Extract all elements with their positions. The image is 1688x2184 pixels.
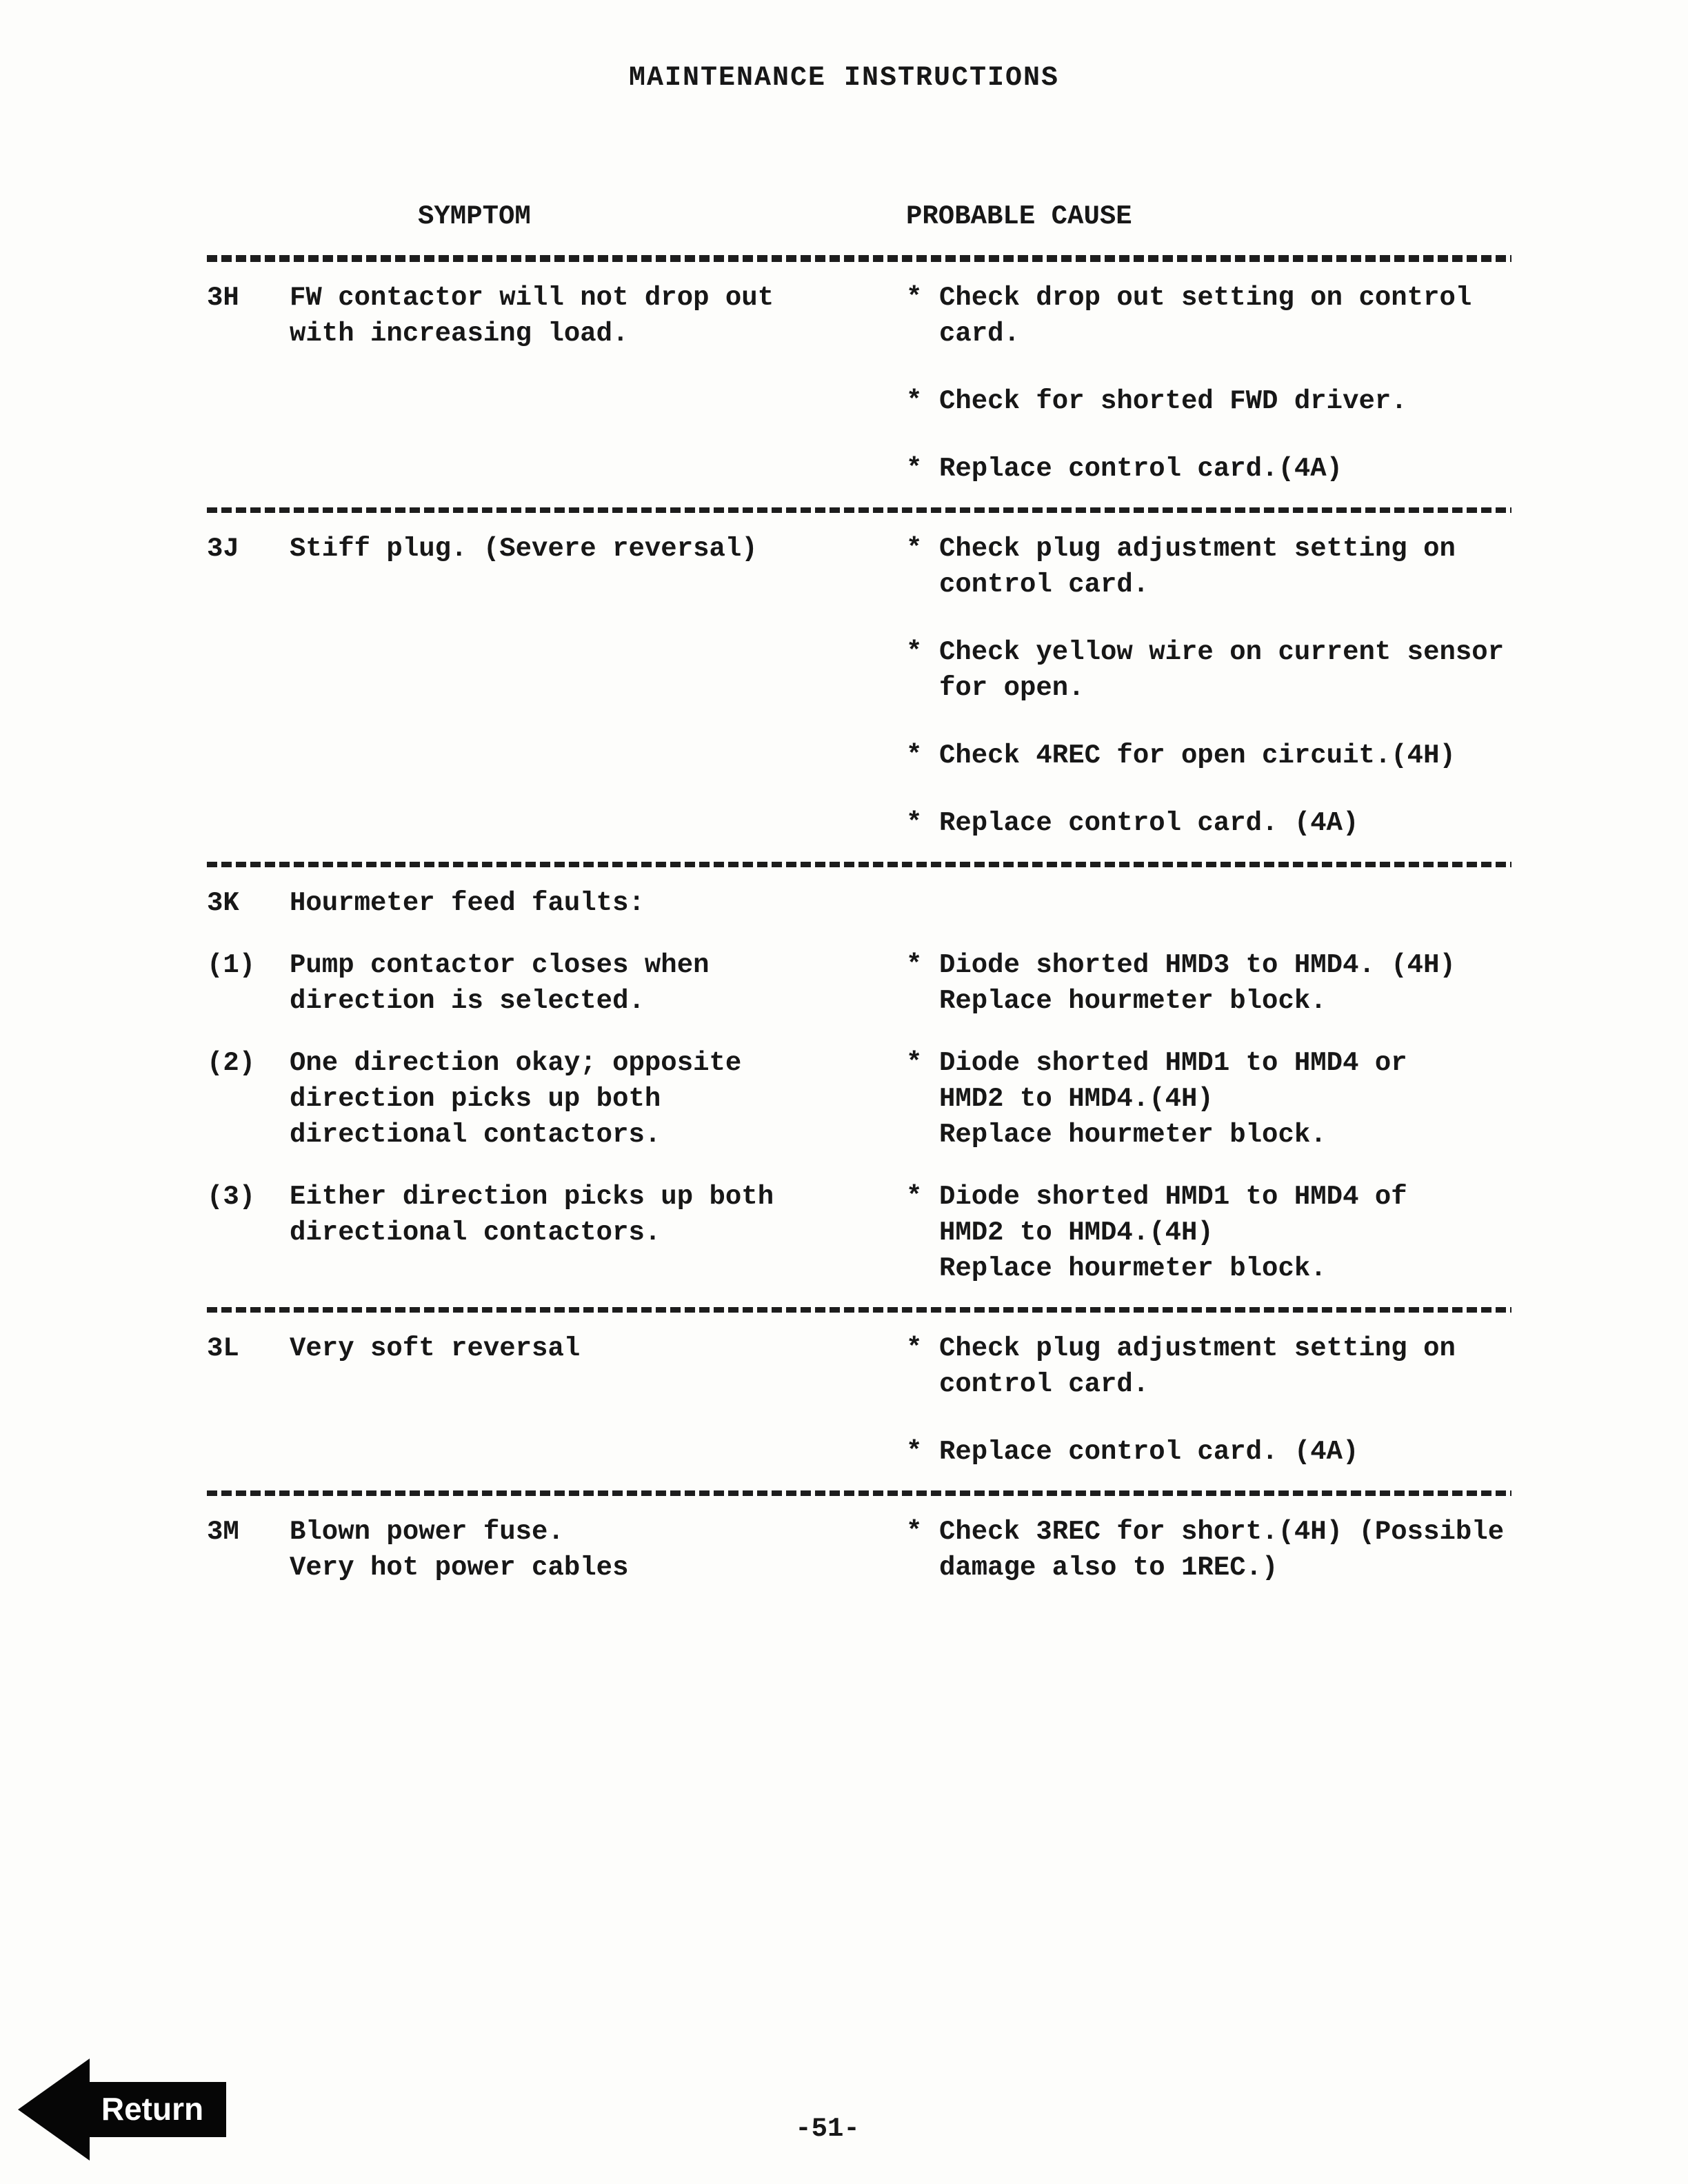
cause-item: *Diode shorted HMD3 to HMD4. (4H) Replac… [906, 947, 1511, 1019]
cause-line: *Replace control card.(4A) [906, 451, 1511, 487]
cause-text: Replace control card.(4A) [939, 454, 1343, 484]
table-row: 3M Blown power fuse. Very hot power cabl… [207, 1514, 1511, 1586]
symptom-line: One direction okay; opposite [290, 1045, 741, 1081]
bullet-asterisk: * [906, 947, 939, 983]
symptom-text: Either direction picks up both direction… [290, 1179, 774, 1251]
symptom-line: Blown power fuse. [290, 1514, 628, 1550]
cause-item: *Diode shorted HMD1 to HMD4 of HMD2 to H… [906, 1179, 1511, 1286]
symptom-text: Blown power fuse. Very hot power cables [290, 1514, 628, 1586]
bullet-asterisk: * [906, 1045, 939, 1081]
symptom-line: directional contactors. [290, 1215, 774, 1251]
cause-line: Replace hourmeter block. [906, 1251, 1511, 1286]
symptom-line: Very soft reversal [290, 1331, 580, 1366]
symptom-cell: 3H FW contactor will not drop out with i… [207, 280, 906, 352]
cause-text: Diode shorted HMD1 to HMD4 of [939, 1182, 1407, 1212]
row-id: 3L [207, 1331, 290, 1366]
cause-item: *Replace control card.(4A) [906, 451, 1511, 487]
causes-cell: *Diode shorted HMD3 to HMD4. (4H) Replac… [906, 947, 1511, 1019]
row-id: 3H [207, 280, 290, 352]
row-divider [207, 255, 1511, 262]
document-page: MAINTENANCE INSTRUCTIONS SYMPTOM PROBABL… [0, 0, 1688, 2184]
table-row: 3K Hourmeter feed faults: [207, 885, 1511, 921]
cause-item: *Check plug adjustment setting on contro… [906, 531, 1511, 603]
bullet-asterisk: * [906, 738, 939, 774]
cause-line: *Check plug adjustment setting on [906, 1331, 1511, 1366]
symptom-line: with increasing load. [290, 316, 774, 352]
bullet-asterisk: * [906, 1434, 939, 1470]
cause-line: *Diode shorted HMD1 to HMD4 of [906, 1179, 1511, 1215]
symptom-cell: 3M Blown power fuse. Very hot power cabl… [207, 1514, 906, 1586]
cause-line: *Check 3REC for short.(4H) (Possible [906, 1514, 1511, 1550]
cause-line: control card. [906, 1366, 1511, 1402]
table-subrow: (2) One direction okay; opposite directi… [207, 1045, 1511, 1153]
bullet-asterisk: * [906, 805, 939, 841]
table-subrow: (1) Pump contactor closes when direction… [207, 947, 1511, 1019]
page-title: MAINTENANCE INSTRUCTIONS [0, 0, 1688, 97]
cause-line: for open. [906, 670, 1511, 706]
cause-text: Check plug adjustment setting on [939, 1333, 1456, 1364]
symptom-text: Very soft reversal [290, 1331, 580, 1366]
causes-cell: *Diode shorted HMD1 to HMD4 or HMD2 to H… [906, 1045, 1511, 1153]
bullet-asterisk: * [906, 531, 939, 567]
cause-line: *Diode shorted HMD1 to HMD4 or [906, 1045, 1511, 1081]
symptom-text: FW contactor will not drop out with incr… [290, 280, 774, 352]
table-subrow: (3) Either direction picks up both direc… [207, 1179, 1511, 1286]
row-id: 3M [207, 1514, 290, 1586]
bullet-asterisk: * [906, 1514, 939, 1550]
symptom-text: Stiff plug. (Severe reversal) [290, 531, 758, 567]
row-id: (2) [207, 1045, 290, 1153]
cause-line: control card. [906, 567, 1511, 603]
cause-column-header: PROBABLE CAUSE [906, 199, 1132, 234]
cause-line: Replace hourmeter block. [906, 1117, 1511, 1153]
row-divider [207, 1307, 1511, 1313]
cause-item: *Check yellow wire on current sensor for… [906, 634, 1511, 706]
cause-item: *Check 3REC for short.(4H) (Possible dam… [906, 1514, 1511, 1586]
row-divider [207, 1490, 1511, 1496]
cause-text: Check 4REC for open circuit.(4H) [939, 740, 1456, 771]
row-id: 3K [207, 885, 290, 921]
cause-line: *Check yellow wire on current sensor [906, 634, 1511, 670]
symptom-cell: (3) Either direction picks up both direc… [207, 1179, 906, 1251]
causes-cell: *Diode shorted HMD1 to HMD4 of HMD2 to H… [906, 1179, 1511, 1286]
table-header-row: SYMPTOM PROBABLE CAUSE [207, 199, 1511, 234]
table-row: 3J Stiff plug. (Severe reversal) *Check … [207, 531, 1511, 841]
symptom-text: Pump contactor closes when direction is … [290, 947, 710, 1019]
cause-item: *Check drop out setting on control card. [906, 280, 1511, 352]
cause-line: *Replace control card. (4A) [906, 805, 1511, 841]
symptom-cell: 3J Stiff plug. (Severe reversal) [207, 531, 906, 567]
cause-line: *Diode shorted HMD3 to HMD4. (4H) [906, 947, 1511, 983]
row-id: 3J [207, 531, 290, 567]
bullet-asterisk: * [906, 383, 939, 419]
cause-text: Check for shorted FWD driver. [939, 386, 1407, 416]
cause-text: Diode shorted HMD1 to HMD4 or [939, 1048, 1407, 1078]
symptom-line: direction is selected. [290, 983, 710, 1019]
cause-line: *Check drop out setting on control [906, 280, 1511, 316]
causes-cell: *Check drop out setting on control card.… [906, 280, 1511, 487]
troubleshooting-table: SYMPTOM PROBABLE CAUSE 3H FW contactor w… [207, 199, 1511, 1586]
cause-item: *Diode shorted HMD1 to HMD4 or HMD2 to H… [906, 1045, 1511, 1153]
bullet-asterisk: * [906, 451, 939, 487]
symptom-text: One direction okay; opposite direction p… [290, 1045, 741, 1153]
cause-text: Check drop out setting on control [939, 283, 1471, 313]
row-id: (1) [207, 947, 290, 1019]
cause-line: HMD2 to HMD4.(4H) [906, 1215, 1511, 1251]
row-divider [207, 862, 1511, 867]
row-divider [207, 507, 1511, 513]
cause-text: Check 3REC for short.(4H) (Possible [939, 1517, 1504, 1547]
cause-text: Check yellow wire on current sensor [939, 637, 1504, 667]
causes-cell: *Check 3REC for short.(4H) (Possible dam… [906, 1514, 1511, 1586]
cause-line: *Check for shorted FWD driver. [906, 383, 1511, 419]
cause-text: Replace control card. (4A) [939, 808, 1359, 838]
causes-cell: *Check plug adjustment setting on contro… [906, 1331, 1511, 1470]
return-button[interactable]: Return [18, 2054, 226, 2165]
symptom-line: Stiff plug. (Severe reversal) [290, 531, 758, 567]
table-row: 3L Very soft reversal *Check plug adjust… [207, 1331, 1511, 1470]
table-row: 3H FW contactor will not drop out with i… [207, 280, 1511, 487]
bullet-asterisk: * [906, 1331, 939, 1366]
cause-line: damage also to 1REC.) [906, 1550, 1511, 1586]
symptom-line: direction picks up both [290, 1081, 741, 1117]
cause-line: Replace hourmeter block. [906, 983, 1511, 1019]
cause-line: card. [906, 316, 1511, 352]
symptom-line: Very hot power cables [290, 1550, 628, 1586]
cause-item: *Replace control card. (4A) [906, 805, 1511, 841]
cause-item: *Replace control card. (4A) [906, 1434, 1511, 1470]
cause-text: Diode shorted HMD3 to HMD4. (4H) [939, 950, 1456, 980]
cause-item: *Check plug adjustment setting on contro… [906, 1331, 1511, 1402]
symptom-line: Either direction picks up both [290, 1179, 774, 1215]
cause-line: *Replace control card. (4A) [906, 1434, 1511, 1470]
cause-line: HMD2 to HMD4.(4H) [906, 1081, 1511, 1117]
symptom-column-header: SYMPTOM [207, 199, 906, 234]
symptom-line: Pump contactor closes when [290, 947, 710, 983]
cause-line: *Check 4REC for open circuit.(4H) [906, 738, 1511, 774]
page-number: -51- [0, 2111, 1655, 2147]
symptom-cell: 3K Hourmeter feed faults: [207, 885, 906, 921]
bullet-asterisk: * [906, 1179, 939, 1215]
cause-item: *Check for shorted FWD driver. [906, 383, 1511, 419]
symptom-line: FW contactor will not drop out [290, 280, 774, 316]
cause-item: *Check 4REC for open circuit.(4H) [906, 738, 1511, 774]
cause-line: *Check plug adjustment setting on [906, 531, 1511, 567]
symptom-line: Hourmeter feed faults: [290, 885, 645, 921]
symptom-cell: (1) Pump contactor closes when direction… [207, 947, 906, 1019]
bullet-asterisk: * [906, 634, 939, 670]
cause-text: Check plug adjustment setting on [939, 534, 1456, 564]
causes-cell: *Check plug adjustment setting on contro… [906, 531, 1511, 841]
symptom-cell: (2) One direction okay; opposite directi… [207, 1045, 906, 1153]
cause-text: Replace control card. (4A) [939, 1437, 1359, 1467]
row-id: (3) [207, 1179, 290, 1251]
symptom-text: Hourmeter feed faults: [290, 885, 645, 921]
bullet-asterisk: * [906, 280, 939, 316]
symptom-line: directional contactors. [290, 1117, 741, 1153]
symptom-cell: 3L Very soft reversal [207, 1331, 906, 1366]
